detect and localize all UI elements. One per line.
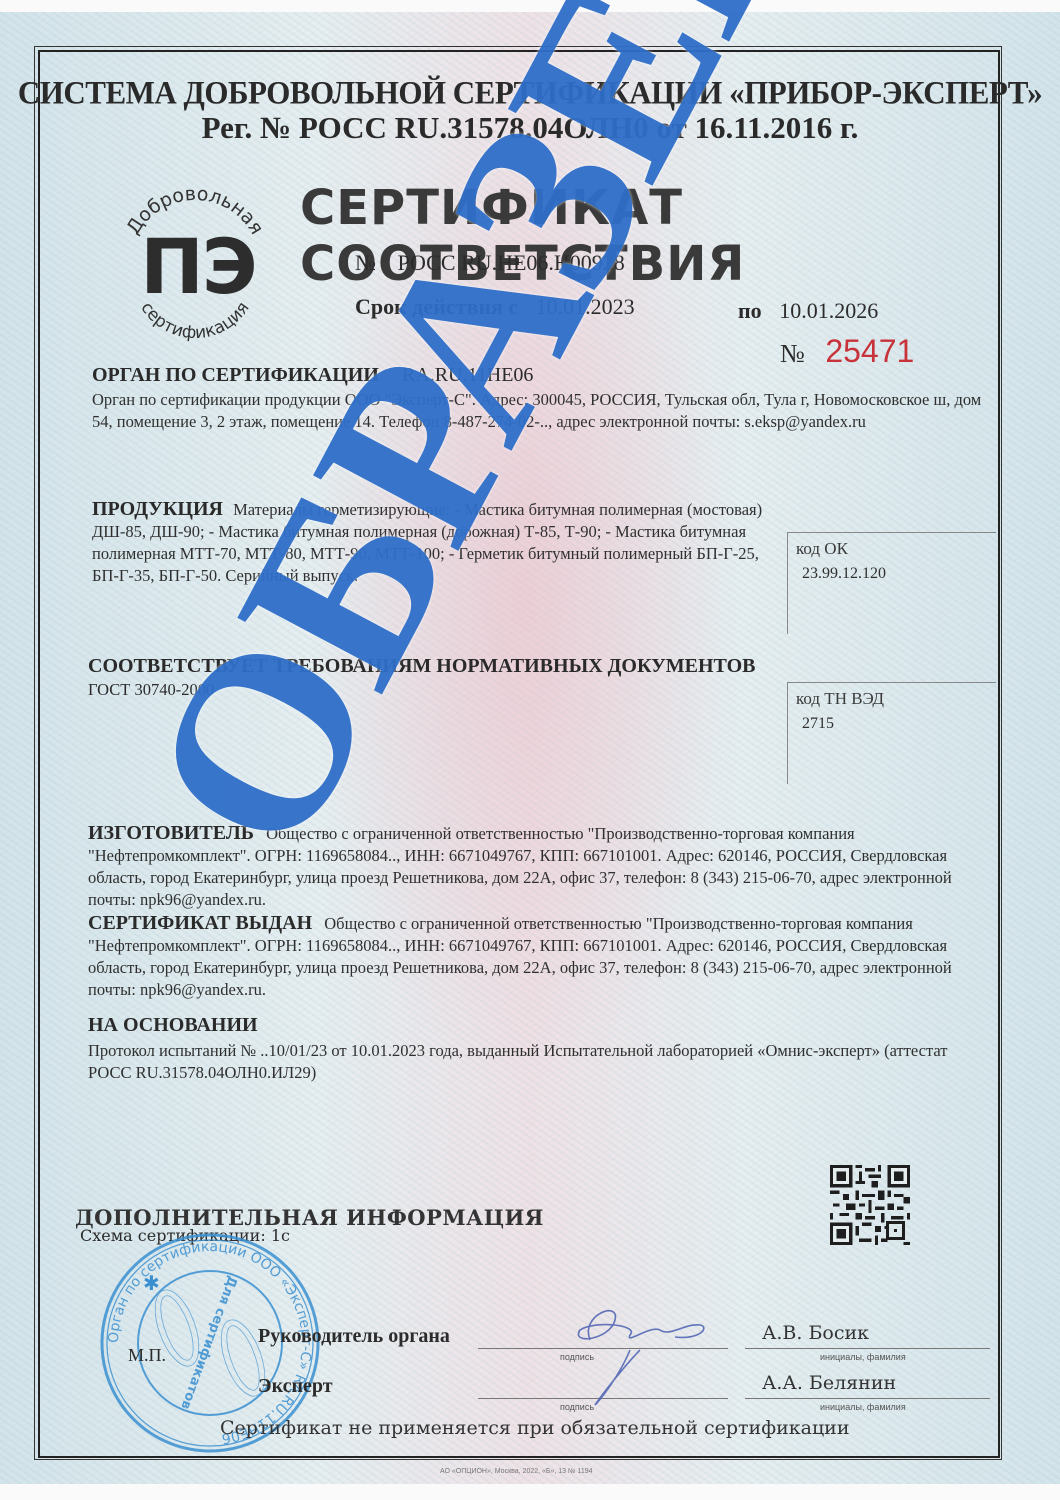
- valid-from-value: 10.01.2023: [536, 294, 635, 319]
- organ-code: RA.RU.11НЕ06: [402, 364, 533, 386]
- manufacturer-section: ИЗГОТОВИТЕЛЬ Общество с ограниченной отв…: [88, 822, 968, 911]
- organ-heading: ОРГАН ПО СЕРТИФИКАЦИИ RA.RU.11НЕ06: [92, 364, 533, 387]
- certificate-number: № РОСС RU.НЕ06.Н00928: [355, 250, 625, 276]
- validity-from: Срок действия с 10.01.2023: [355, 294, 635, 320]
- head-name-line: [745, 1348, 990, 1349]
- ok-code-value: 23.99.12.120: [802, 565, 996, 583]
- system-registration: Рег. № РОСС RU.31578.04ОЛН0 от 16.11.201…: [0, 110, 1060, 146]
- valid-to-label: по: [738, 298, 762, 323]
- norms-text: ГОСТ 30740-2000: [88, 680, 214, 700]
- valid-to-value: 10.01.2026: [779, 298, 878, 323]
- head-role: Руководитель органа: [258, 1325, 450, 1348]
- logo-mark: ПЭ: [128, 222, 268, 311]
- tn-ved-value: 2715: [802, 715, 996, 733]
- validity-to: по 10.01.2026: [738, 298, 878, 324]
- form-number-label: №: [780, 339, 805, 368]
- expert-name: А.А. Белянин: [762, 1372, 896, 1394]
- manufacturer-heading: ИЗГОТОВИТЕЛЬ: [88, 822, 254, 844]
- tn-ved-box: код ТН ВЭД 2715: [787, 682, 996, 784]
- stamp-inner-text: Для сертификатов: [177, 1274, 239, 1411]
- issued-section: СЕРТИФИКАТ ВЫДАН Общество с ограниченной…: [88, 912, 968, 1001]
- number-label: №: [355, 250, 376, 275]
- scan-margin-bottom: [0, 1484, 1060, 1500]
- ok-code-label: код ОК: [796, 539, 996, 559]
- head-name-caption: инициалы, фамилия: [820, 1352, 906, 1362]
- norms-heading: СООТВЕТСТВУЕТ ТРЕБОВАНИЯМ НОРМАТИВНЫХ ДО…: [88, 655, 756, 678]
- signature-scribble: [560, 1295, 720, 1415]
- expert-role: Эксперт: [258, 1375, 333, 1398]
- printer-info: АО «ОПЦИОН», Москва, 2022, «Б», 13 № 119…: [440, 1468, 593, 1475]
- expert-name-caption: инициалы, фамилия: [820, 1402, 906, 1412]
- scan-margin-top: [0, 0, 1060, 12]
- validity-label: Срок действия с: [355, 294, 518, 319]
- issued-heading: СЕРТИФИКАТ ВЫДАН: [88, 912, 312, 934]
- product-heading: ПРОДУКЦИЯ: [92, 498, 223, 520]
- organ-heading-label: ОРГАН ПО СЕРТИФИКАЦИИ: [92, 364, 379, 386]
- stamp-place-label: М.П.: [128, 1345, 166, 1366]
- system-title: СИСТЕМА ДОБРОВОЛЬНОЙ СЕРТИФИКАЦИИ «ПРИБО…: [0, 74, 1060, 112]
- expert-name-line: [745, 1398, 990, 1399]
- form-number: № 25471: [780, 333, 914, 370]
- basis-heading: НА ОСНОВАНИИ: [88, 1014, 258, 1037]
- pe-logo: Добровольная сертификация ПЭ: [110, 180, 280, 350]
- qr-code[interactable]: [830, 1165, 910, 1245]
- organ-details: Орган по сертификации продукции ООО "Экс…: [92, 389, 992, 433]
- stamp-star-icon: ✱: [143, 1273, 160, 1295]
- product-section: ПРОДУКЦИЯ Материалы герметизирующие: - М…: [92, 498, 782, 587]
- tn-ved-label: код ТН ВЭД: [796, 689, 996, 709]
- number-value: РОСС RU.НЕ06.Н00928: [398, 250, 625, 275]
- form-number-value: 25471: [825, 333, 914, 369]
- head-name: А.В. Босик: [762, 1322, 869, 1344]
- basis-text: Протокол испытаний № ..10/01/23 от 10.01…: [88, 1040, 968, 1084]
- ok-code-box: код ОК 23.99.12.120: [787, 532, 996, 634]
- footer-note: Сертификат не применяется при обязательн…: [220, 1417, 850, 1439]
